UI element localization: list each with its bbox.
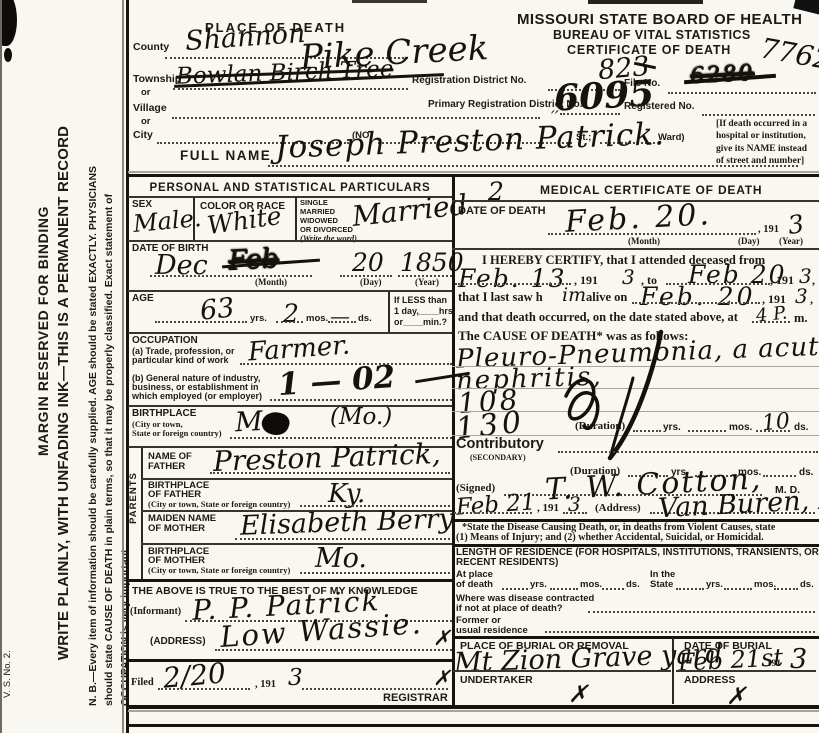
occurred-line: and that death occurred, on the date sta… [458,311,738,324]
last-saw-date: Feb. 20 [640,284,755,309]
age-mos-label: mos. [306,314,328,324]
date-of-death-label: DATE OF DEATH [458,206,546,218]
if-less-line-3: or____min.? [394,318,447,327]
sign-year-line [563,512,587,514]
printed-191-b: , 191 [770,274,794,287]
dod-month-sublabel: (Month) [628,237,660,246]
occupation-label: OCCUPATION [132,336,198,347]
dod-year-printed: , 191 [758,224,779,235]
duration2-ds-line [763,475,796,477]
filed-check-mark: ✗ [433,668,451,689]
mother-name-label-2: OF MOTHER [148,524,205,534]
hospital-note-line-2: hospital or institution, [716,130,818,142]
sex-race-divider [193,197,195,240]
occupation-b-line [270,399,452,401]
informant-address-line [215,649,452,651]
contributory-label: Contributory [456,437,544,452]
mother-name-rule [141,543,452,545]
scan-blob-top-left [0,0,17,46]
dob-month-line [150,275,312,277]
attended-from-line [455,283,571,285]
dod-year-value: 3 [786,211,805,238]
bottom-section-divider [128,705,819,709]
birthplace-value-2: (Mo.) [330,406,392,429]
dob-struck-value: Feb [227,245,279,275]
duration-ds-line [756,430,790,432]
scan-edge-left [0,0,2,733]
reg-district-label: Registration District No. [412,76,526,87]
board-title: MISSOURI STATE BOARD OF HEALTH [517,12,802,28]
parents-group-label: PARENTS [129,450,139,546]
secondary-label: (SECONDARY) [470,454,526,462]
occupation-a-value: Farmer. [247,332,351,365]
parents-bracket-line [141,448,143,580]
dob-month-sublabel: (Month) [255,278,287,287]
if-less-line-1: If LESS than [394,296,447,305]
binding-margin-note: MARGIN RESERVED FOR BINDING [36,142,51,520]
mother-birthplace-value: Mo. [315,545,367,572]
or-label-2: or [141,117,151,127]
state-ds-label: ds. [800,580,814,590]
filed-year-value: 3 [288,667,303,690]
burial-date-line [676,670,816,672]
at-place-mos-line [550,588,578,590]
address-label: (Address) [595,503,641,515]
date-of-death-line [548,233,756,235]
personal-title: PERSONAL AND STATISTICAL PARTICULARS [128,182,452,194]
scan-streak-top-2 [588,0,703,4]
at-place-yrs-label: yrs. [530,580,547,590]
age-days-value: — [330,306,350,326]
dob-year-value: 1850 [400,250,464,275]
father-birthplace-value: Ky. [328,481,365,507]
dob-row-rule [128,290,452,292]
m-label: m. [794,312,808,325]
state-yrs-line [676,588,704,590]
informant-address-label: (ADDRESS) [150,637,206,648]
bottom-section-divider-shadow [128,710,819,712]
hospital-note-line-3: give its NAME instead [716,143,818,155]
father-name-label-2: FATHER [148,462,185,472]
registered-no-line [702,114,815,116]
state-ds-line [774,588,798,590]
full-name-line [268,165,798,167]
state-mos-line [724,588,752,590]
certify-comma-1: , [812,274,815,287]
attended-to-year: 3 [799,266,812,286]
medical-title: MEDICAL CERTIFICATE OF DEATH [540,184,762,197]
city-label: City [133,130,153,141]
duration-mos-label: mos. [729,423,752,434]
where-contracted-label-2: if not at place of death? [456,604,563,614]
header-divider [128,174,819,177]
filed-line-1 [158,688,250,690]
dob-day-sublabel: (Day) [360,278,382,287]
age-ds-label: ds. [358,314,372,324]
birthplace-sublabel-2: State or foreign country) [132,429,222,438]
header-divider-shadow [128,171,819,173]
scan-blob-small [4,48,12,62]
mother-birthplace-line [300,572,450,574]
occupation-row-rule [128,405,452,407]
bureau-subtitle: BUREAU OF VITAL STATISTICS [553,29,751,42]
undertaker-label: UNDERTAKER [460,675,533,686]
registered-no-label: Registered No. [624,102,695,113]
file-no-value: 77629 [758,34,819,77]
sign-year-value: 3 [568,494,581,514]
full-name-value: Joseph Preston Patrick. [275,119,666,164]
state-label: State [650,580,673,590]
contributory-line [558,451,818,453]
certify-comma-2: , [810,293,813,306]
informant-check-mark: ✗ [433,628,451,649]
race-marital-divider [295,197,297,240]
father-name-value: Preston Patrick, [213,440,441,476]
residence-bottom-rule [452,636,819,639]
burial-address-check-mark: ✗ [726,684,746,708]
form-left-border [126,0,129,733]
sign-date-line [454,512,532,514]
county-label: County [133,42,169,53]
file-no-line [668,92,816,94]
time-of-death-line [752,321,790,323]
county-value: Shannon [184,20,306,55]
former-residence-label-2: usual residence [456,626,528,636]
sign-191-printed: , 191 [537,503,559,515]
where-contracted-line [588,611,815,613]
father-birthplace-label-3: (City or town, State or foreign country) [148,500,290,509]
alive-on-label: alive on [586,291,627,304]
at-place-ds-line [602,588,624,590]
registrar-label: REGISTRAR [383,693,448,705]
if-less-line-2: 1 day,____hrs. [394,307,455,316]
marital-label-1: SINGLE [300,199,328,207]
village-line [172,117,540,119]
marital-label-2: MARRIED [300,208,335,216]
filed-line-2 [302,688,448,690]
state-mos-label: mos. [754,580,776,590]
dod-year-sublabel: (Year) [779,237,803,246]
undertaker-check-mark: ✗ [568,682,588,706]
hospital-note: [If death occurred in a hospital or inst… [716,118,818,167]
at-place-ds-label: ds. [626,580,640,590]
attended-from-year: 3 [622,267,635,287]
residence-title-2: RECENT RESIDENTS) [456,558,558,568]
marital-label-3: WIDOWED [300,217,338,225]
last-saw-year: 3 [795,286,808,306]
if-less-box-divider [388,292,390,332]
death-certificate-scan: V. S. No. 2. MARGIN RESERVED FOR BINDING… [0,0,819,733]
duration2-ds-label: ds. [799,468,813,479]
age-months-line [276,321,303,323]
sign-date-value: Feb 21 [455,491,536,519]
filed-year-printed: , 191 [255,679,276,690]
pen-stroke-check [540,328,705,470]
birthplace-label: BIRTHPLACE [132,409,196,420]
age-yrs-label: yrs. [250,314,267,324]
father-name-line [210,472,450,474]
at-place-yrs-line [502,588,528,590]
former-residence-line [545,631,815,633]
village-label: Village [133,103,167,114]
occupation-a-label-2: particular kind of work [132,356,229,365]
footnote-line-2: (1) Means of Injury; and (2) whether Acc… [456,533,764,544]
sex-value: Male. [132,206,202,236]
state-yrs-label: yrs. [706,580,723,590]
parents-bottom-rule [128,579,452,582]
certificate-subtitle: CERTIFICATE OF DEATH [567,44,731,57]
dod-day-sublabel: (Day) [738,237,760,246]
permanent-record-note: WRITE PLAINLY, WITH UNFADING INK—THIS IS… [56,104,72,682]
hospital-note-line-1: [If death occurred in a [716,118,818,130]
form-left-border-shadow [122,0,124,733]
burial-year-value: 3 [790,646,807,673]
age-label: AGE [132,294,154,305]
mother-birthplace-label-3: (City or town, State or foreign country) [148,566,290,575]
burial-place-line [453,670,671,672]
age-days-line [328,321,356,323]
dob-year-sublabel: (Year) [415,278,439,287]
form-number-note: V. S. No. 2. [3,628,13,698]
or-label-1: or [141,88,151,98]
sex-row-rule [128,240,452,242]
age-years-line [155,321,247,323]
scan-streak-top-1 [352,0,427,3]
attended-from-date: Feb. 13 [458,266,566,291]
mother-name-value: Elisabeth Berry [240,505,455,539]
page-bottom-rule [128,724,819,727]
full-name-label: FULL NAME [180,149,271,163]
informant-label: (Informant) [130,607,181,618]
him-value: im [562,286,586,305]
at-place-mos-label: mos. [580,580,602,590]
burial-191-printed: . 191 [762,660,781,670]
dob-day-value: 20 [352,250,384,275]
last-saw-line [632,302,760,304]
occupation-b-value: 1 — 02 [277,362,396,401]
occupation-b-label-3: which employed (or employer) [132,392,262,401]
at-place-label-2: of death [456,580,493,590]
duration-ds-label: ds. [794,423,808,434]
township-label: Township [133,74,181,85]
mother-name-line [235,538,450,540]
last-saw-pre: that I last saw h [458,291,543,304]
filed-label: Filed [131,677,154,688]
dod-row-rule [452,248,819,250]
